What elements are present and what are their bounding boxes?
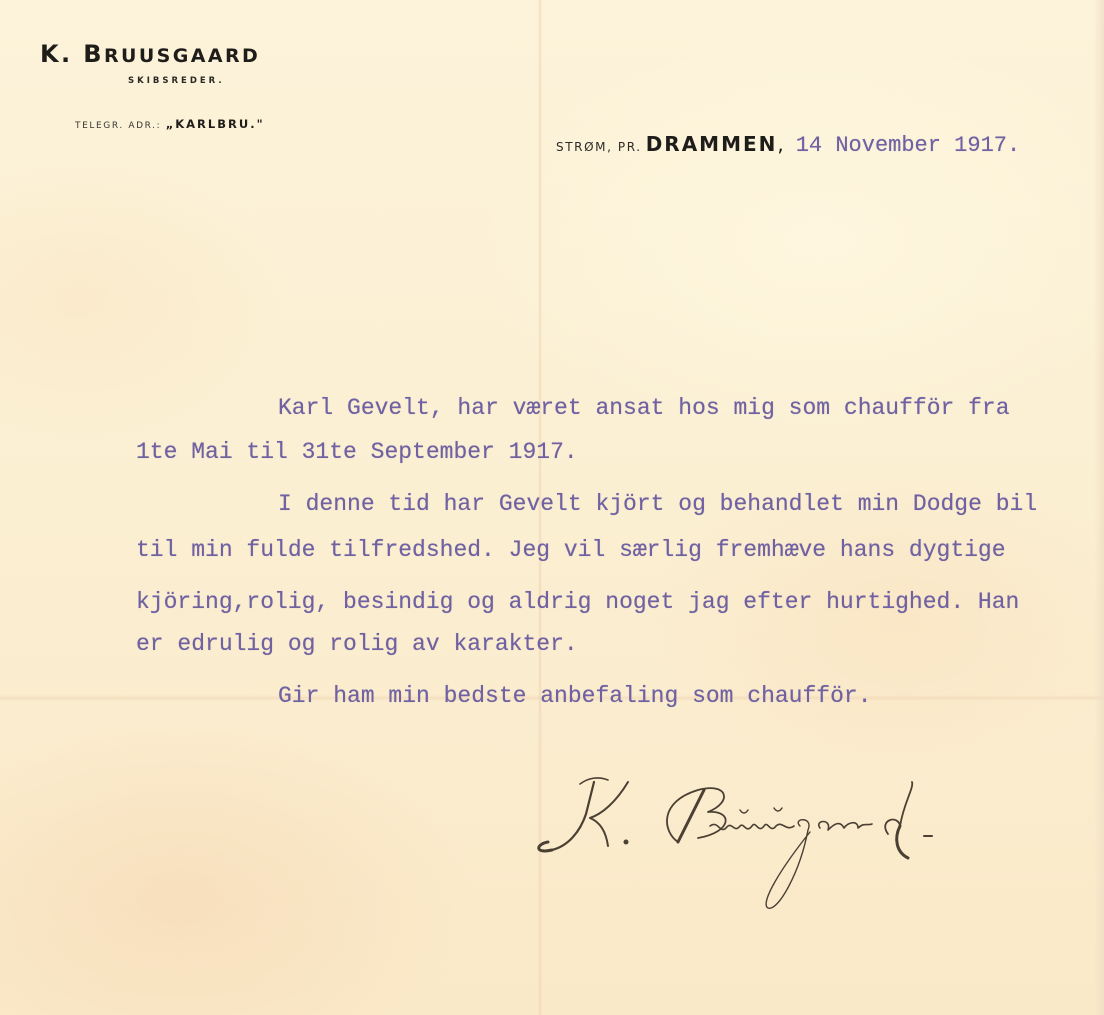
body-line: I denne tid har Gevelt kjört og behandle… bbox=[278, 490, 1037, 518]
paper-edge bbox=[1094, 0, 1104, 1015]
letterhead-title: SKIBSREDER. bbox=[128, 76, 225, 86]
place-comma: , bbox=[777, 132, 783, 156]
body-line: 1te Mai til 31te September 1917. bbox=[136, 438, 578, 466]
letterhead-name-rest: RUUSGAARD bbox=[104, 45, 260, 67]
body-line: kjöring,rolig, besindig og aldrig noget … bbox=[136, 588, 1019, 616]
letterhead-name: K. BRUUSGAARD bbox=[40, 40, 260, 68]
body-line: Gir ham min bedste anbefaling som chauff… bbox=[278, 682, 872, 710]
letterhead-name-initial: K. B bbox=[40, 40, 104, 68]
telegraph-address: „KARLBRU." bbox=[166, 117, 265, 131]
letterhead-telegraph: TELEGR. ADR.: „KARLBRU." bbox=[75, 117, 265, 131]
place-prefix: STRØM, PR. bbox=[556, 140, 642, 154]
letter-date: 14 November 1917. bbox=[796, 133, 1020, 158]
handwritten-signature bbox=[528, 762, 968, 922]
place-city: DRAMMEN bbox=[646, 132, 778, 156]
body-line: er edrulig og rolig av karakter. bbox=[136, 630, 578, 658]
dateline: STRØM, PR. DRAMMEN , 14 November 1917. bbox=[556, 132, 1020, 158]
body-line: Karl Gevelt, har været ansat hos mig som… bbox=[278, 394, 1010, 422]
letter-page: K. BRUUSGAARD SKIBSREDER. TELEGR. ADR.: … bbox=[0, 0, 1104, 1015]
telegraph-label: TELEGR. ADR.: bbox=[75, 121, 166, 131]
signature-icon bbox=[528, 762, 968, 922]
body-line: til min fulde tilfredshed. Jeg vil særli… bbox=[136, 536, 1006, 564]
